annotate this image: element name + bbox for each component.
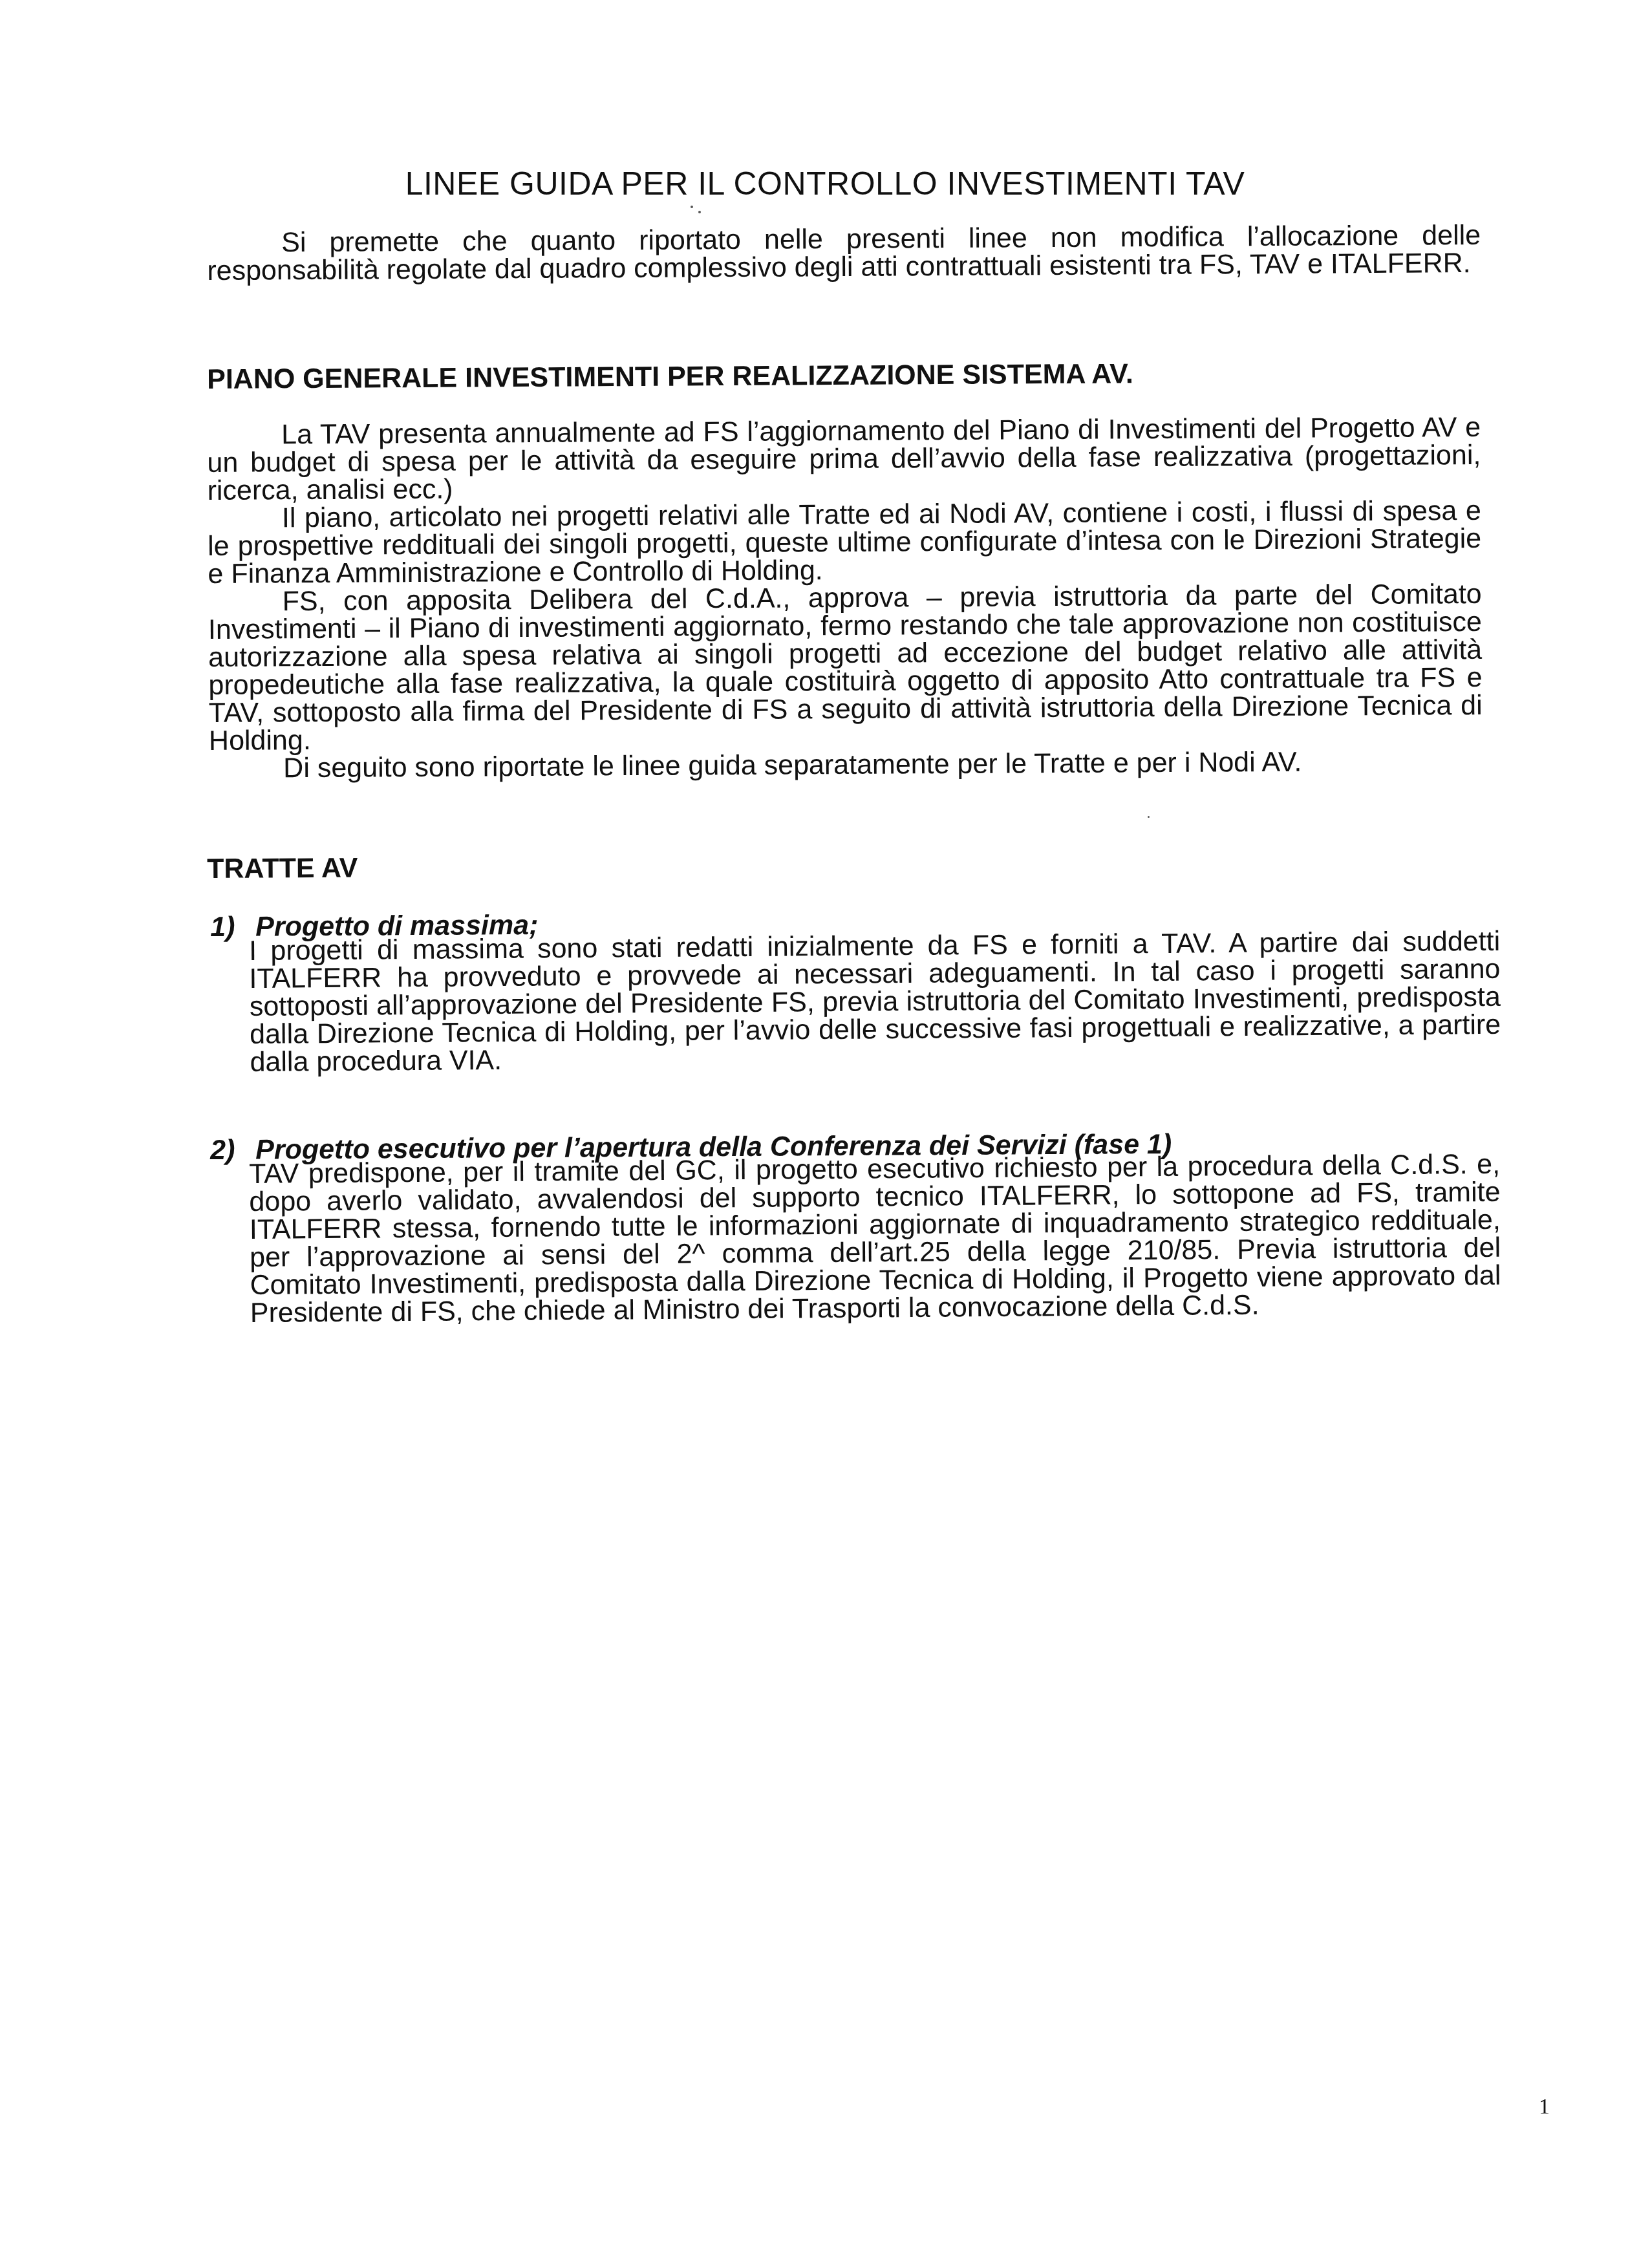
item-body-2: TAV predispone, per il tramite del GC, i… [249,1151,1501,1327]
item-body-1: I progetti di massima sono stati redatti… [249,928,1501,1076]
scan-speck [1148,816,1150,818]
intro-paragraph: Si premette che quanto riportato nelle p… [207,222,1481,285]
paragraph: La TAV presenta annualmente ad FS l’aggi… [207,414,1481,505]
document-title: LINEE GUIDA PER IL CONTROLLO INVESTIMENT… [0,165,1650,202]
item-text: I progetti di massima sono stati redatti… [249,928,1501,1076]
section-heading-piano: PIANO GENERALE INVESTIMENTI PER REALIZZA… [207,358,1133,396]
page-number: 1 [1539,2095,1550,2119]
paragraph: Il piano, articolato nei progetti relati… [208,497,1482,588]
item-text: TAV predispone, per il tramite del GC, i… [249,1151,1501,1327]
scan-speck [698,211,701,213]
paragraph: Di seguito sono riportate le linee guida… [209,747,1483,783]
intro-text: Si premette che quanto riportato nelle p… [207,222,1481,285]
paragraph: FS, con apposita Delibera del C.d.A., ap… [208,581,1483,755]
section-piano-body: La TAV presenta annualmente ad FS l’aggi… [207,414,1483,783]
scan-speck [691,206,693,208]
section-heading-tratte: TRATTE AV [207,853,358,885]
document-page: LINEE GUIDA PER IL CONTROLLO INVESTIMENT… [0,0,1650,2268]
